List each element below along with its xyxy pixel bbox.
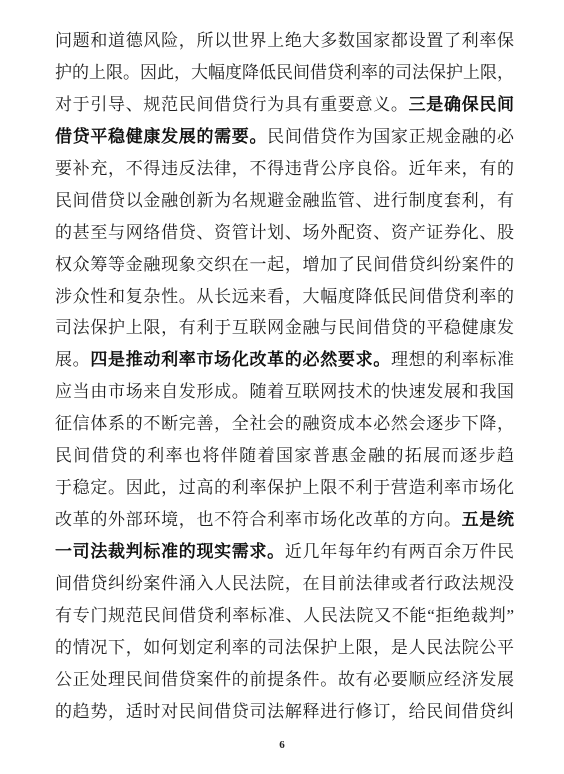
- text-segment: 展。: [55, 350, 90, 369]
- text-segment: 改革的外部环境，也不符合利率市场化改革的方向。: [55, 510, 462, 529]
- text-segment: 问题和道德风险，所以世界上绝大多数国家都设置了利率保: [55, 31, 514, 50]
- text-segment: 对于引导、规范民间借贷行为具有重要意义。: [55, 95, 409, 114]
- text-segment: 民间借贷以金融创新为名规避金融监管、进行制度套利，有: [55, 191, 514, 210]
- text-segment: 理想的利率标准: [391, 350, 514, 369]
- text-line: 要补充，不得违反法律，不得违背公序良俗。近年来，有的: [55, 153, 514, 185]
- text-line: 权众筹等金融现象交织在一起，增加了民间借贷纠纷案件的: [55, 249, 514, 281]
- text-segment: 有专门规范民间借贷利率标准、人民法院又不能“拒绝裁判”: [55, 606, 514, 625]
- text-line: 间借贷纠纷案件涌入人民法院，在目前法律或者行政法规没: [55, 568, 514, 600]
- text-line: 民间借贷的利率也将伴随着国家普惠金融的拓展而逐步趋: [55, 440, 514, 472]
- text-segment: 近几年每年约有两百余万件民: [285, 542, 514, 561]
- bold-heading-segment: 一司法裁判标准的现实需求。: [55, 542, 285, 561]
- text-line: 护的上限。因此，大幅度降低民间借贷利率的司法保护上限，: [55, 57, 514, 89]
- text-segment: 的情况下，如何划定利率的司法保护上限，是人民法院公平: [55, 638, 514, 657]
- text-segment: 护的上限。因此，大幅度降低民间借贷利率的司法保护上限，: [55, 63, 514, 82]
- text-line: 一司法裁判标准的现实需求。近几年每年约有两百余万件民: [55, 536, 514, 568]
- text-line: 公正处理民间借贷案件的前提条件。故有必要顺应经济发展: [55, 664, 514, 696]
- document-page: 问题和道德风险，所以世界上绝大多数国家都设置了利率保护的上限。因此，大幅度降低民…: [0, 0, 564, 774]
- bold-heading-segment: 借贷平稳健康发展的需要。: [55, 127, 267, 146]
- text-segment: 应当由市场来自发形成。随着互联网技术的快速发展和我国: [55, 382, 514, 401]
- page-number: 6: [0, 738, 564, 752]
- text-line: 应当由市场来自发形成。随着互联网技术的快速发展和我国: [55, 376, 514, 408]
- text-segment: 间借贷纠纷案件涌入人民法院，在目前法律或者行政法规没: [55, 574, 514, 593]
- text-segment: 公正处理民间借贷案件的前提条件。故有必要顺应经济发展: [55, 670, 514, 689]
- text-line: 民间借贷以金融创新为名规避金融监管、进行制度套利，有: [55, 185, 514, 217]
- text-segment: 征信体系的不断完善，全社会的融资成本必然会逐步下降，: [55, 414, 514, 433]
- bold-heading-segment: 四是推动利率市场化改革的必然要求。: [90, 350, 391, 369]
- text-segment: 的趋势，适时对民间借贷司法解释进行修订，给民间借贷纠: [55, 702, 514, 721]
- text-segment: 涉众性和复杂性。从长远来看，大幅度降低民间借贷利率的: [55, 287, 514, 306]
- bold-heading-segment: 三是确保民间: [409, 95, 514, 114]
- text-segment: 民间借贷作为国家正规金融的必: [267, 127, 514, 146]
- text-line: 的趋势，适时对民间借贷司法解释进行修订，给民间借贷纠: [55, 696, 514, 728]
- text-line: 的情况下，如何划定利率的司法保护上限，是人民法院公平: [55, 632, 514, 664]
- text-line: 问题和道德风险，所以世界上绝大多数国家都设置了利率保: [55, 25, 514, 57]
- text-line: 展。四是推动利率市场化改革的必然要求。理想的利率标准: [55, 344, 514, 376]
- text-line: 有专门规范民间借贷利率标准、人民法院又不能“拒绝裁判”: [55, 600, 514, 632]
- text-line: 司法保护上限，有利于互联网金融与民间借贷的平稳健康发: [55, 312, 514, 344]
- text-line: 借贷平稳健康发展的需要。民间借贷作为国家正规金融的必: [55, 121, 514, 153]
- body-text: 问题和道德风险，所以世界上绝大多数国家都设置了利率保护的上限。因此，大幅度降低民…: [55, 25, 514, 728]
- text-line: 改革的外部环境，也不符合利率市场化改革的方向。五是统: [55, 504, 514, 536]
- text-line: 于稳定。因此，过高的利率保护上限不利于营造利率市场化: [55, 472, 514, 504]
- bold-heading-segment: 五是统: [462, 510, 514, 529]
- text-segment: 于稳定。因此，过高的利率保护上限不利于营造利率市场化: [55, 478, 514, 497]
- text-segment: 要补充，不得违反法律，不得违背公序良俗。近年来，有的: [55, 159, 514, 178]
- text-line: 征信体系的不断完善，全社会的融资成本必然会逐步下降，: [55, 408, 514, 440]
- text-line: 对于引导、规范民间借贷行为具有重要意义。三是确保民间: [55, 89, 514, 121]
- text-segment: 的甚至与网络借贷、资管计划、场外配资、资产证券化、股: [55, 223, 514, 242]
- text-segment: 民间借贷的利率也将伴随着国家普惠金融的拓展而逐步趋: [55, 446, 514, 465]
- text-line: 的甚至与网络借贷、资管计划、场外配资、资产证券化、股: [55, 217, 514, 249]
- text-segment: 司法保护上限，有利于互联网金融与民间借贷的平稳健康发: [55, 318, 514, 337]
- text-segment: 权众筹等金融现象交织在一起，增加了民间借贷纠纷案件的: [55, 255, 514, 274]
- text-line: 涉众性和复杂性。从长远来看，大幅度降低民间借贷利率的: [55, 281, 514, 313]
